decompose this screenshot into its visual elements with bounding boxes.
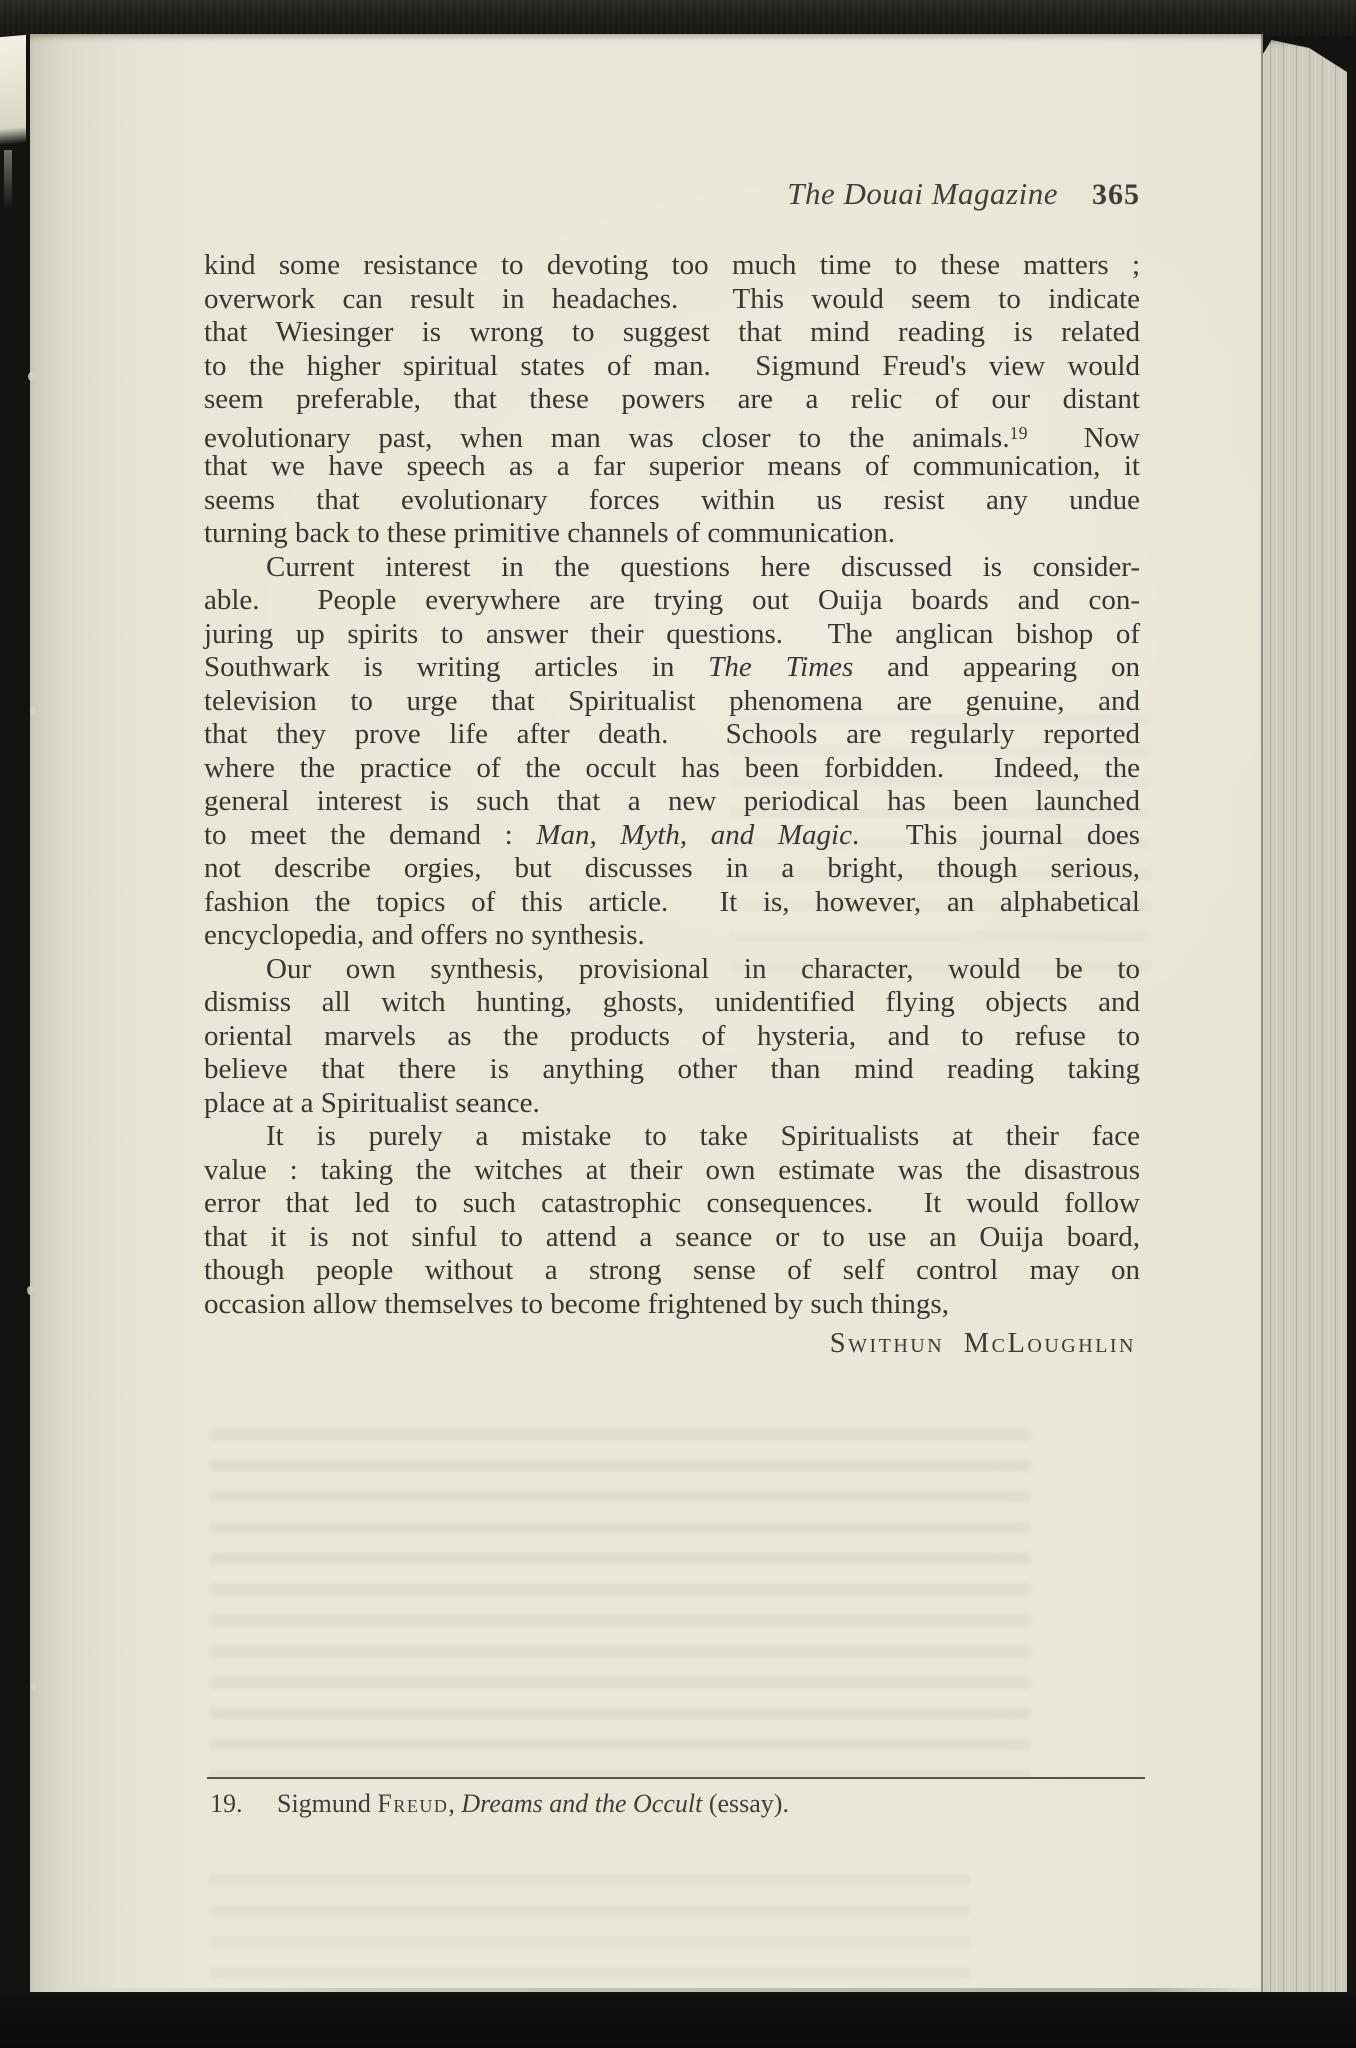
text-segment: . This journal does <box>852 819 1140 851</box>
text-line: fashion the topics of this article. It i… <box>204 886 1140 920</box>
text-segment: believe that there is anything other tha… <box>204 1053 1140 1085</box>
text-line: to meet the demand : Man, Myth, and Magi… <box>204 819 1140 853</box>
reverse-side-show-through <box>210 1874 970 1994</box>
text-segment: television to urge that Spiritualist phe… <box>204 685 1140 717</box>
footnote-number: 19. <box>210 1789 277 1819</box>
author-signature: Swithun McLoughlin <box>204 1328 1136 1360</box>
running-header: The Douai Magazine365 <box>204 176 1140 212</box>
left-page-edge-sliver <box>0 35 26 145</box>
text-line: occasion allow themselves to become frig… <box>204 1288 1140 1322</box>
text-line: value : taking the witches at their own … <box>204 1154 1140 1188</box>
binding-speck <box>31 1682 37 1691</box>
text-line: general interest is such that a new peri… <box>204 785 1140 819</box>
binding-speck <box>30 706 36 715</box>
text-line: error that led to such catastrophic cons… <box>204 1187 1140 1221</box>
text-segment: Sigmund <box>277 1789 377 1818</box>
text-line: Current interest in the questions here d… <box>204 551 1140 585</box>
text-segment: not describe orgies, but discusses in a … <box>204 852 1140 884</box>
text-line: kind some resistance to devoting too muc… <box>204 249 1140 283</box>
binding-speck <box>27 1286 33 1295</box>
text-segment: value : taking the witches at their own … <box>204 1154 1140 1186</box>
text-line: turning back to these primitive channels… <box>204 517 1140 551</box>
text-segment: place at a Spiritualist seance. <box>204 1087 540 1119</box>
page-stack-edge-lines <box>1263 38 1347 1998</box>
text-segment: (essay). <box>702 1789 789 1818</box>
text-line: dismiss all witch hunting, ghosts, unide… <box>204 986 1140 1020</box>
text-segment: overwork can result in headaches. This w… <box>204 283 1140 315</box>
text-segment: Man, Myth, and Magic <box>536 819 852 851</box>
text-segment: to the higher spiritual states of man. S… <box>204 350 1140 382</box>
text-line: that we have speech as a far superior me… <box>204 450 1140 484</box>
text-segment: dismiss all witch hunting, ghosts, unide… <box>204 986 1140 1018</box>
reverse-side-show-through <box>210 1429 1030 1779</box>
text-segment: Our own synthesis, provisional in charac… <box>266 953 1140 985</box>
left-page-edge-sliver <box>4 150 12 210</box>
text-line: evolutionary past, when man was closer t… <box>204 417 1140 451</box>
text-segment: where the practice of the occult has bee… <box>204 752 1140 784</box>
text-segment: error that led to such catastrophic cons… <box>204 1187 1140 1219</box>
text-line: place at a Spiritualist seance. <box>204 1087 1140 1121</box>
text-line: juring up spirits to answer their questi… <box>204 618 1140 652</box>
text-segment: and appearing on <box>853 651 1140 683</box>
text-segment: that we have speech as a far superior me… <box>204 450 1140 482</box>
text-line: television to urge that Spiritualist phe… <box>204 685 1140 719</box>
text-segment: that Wiesinger is wrong to suggest that … <box>204 316 1140 348</box>
page-number: 365 <box>1092 178 1140 211</box>
text-line: though people without a strong sense of … <box>204 1254 1140 1288</box>
text-segment: though people without a strong sense of … <box>204 1254 1140 1286</box>
text-line: seem preferable, that these powers are a… <box>204 383 1140 417</box>
text-segment: that it is not sinful to attend a seance… <box>204 1221 1140 1253</box>
footnote-text: Sigmund Freud, Dreams and the Occult (es… <box>277 1789 789 1818</box>
text-segment: able. People everywhere are trying out O… <box>204 584 1140 616</box>
text-line: overwork can result in headaches. This w… <box>204 283 1140 317</box>
text-segment: Dreams and the Occult <box>461 1789 702 1818</box>
text-line: Our own synthesis, provisional in charac… <box>204 953 1140 987</box>
text-segment: general interest is such that a new peri… <box>204 785 1140 817</box>
text-segment: occasion allow themselves to become frig… <box>204 1288 949 1320</box>
binding-speck <box>28 372 34 381</box>
text-line: where the practice of the occult has bee… <box>204 752 1140 786</box>
text-segment: seems that evolutionary forces within us… <box>204 484 1140 516</box>
text-line: believe that there is anything other tha… <box>204 1053 1140 1087</box>
footnote-divider <box>207 1777 1145 1779</box>
text-line: not describe orgies, but discusses in a … <box>204 852 1140 886</box>
journal-title: The Douai Magazine <box>787 176 1058 211</box>
text-line: that they prove life after death. School… <box>204 718 1140 752</box>
text-segment: Southwark is writing articles in <box>204 651 708 683</box>
footnote: 19.Sigmund Freud, Dreams and the Occult … <box>210 1789 1146 1819</box>
text-segment: turning back to these primitive channels… <box>204 517 895 549</box>
cover-texture <box>0 0 1356 36</box>
text-line: that it is not sinful to attend a seance… <box>204 1221 1140 1255</box>
text-segment: seem preferable, that these powers are a… <box>204 383 1140 415</box>
text-segment: 19 <box>1010 423 1028 443</box>
text-segment: kind some resistance to devoting too muc… <box>204 249 1140 281</box>
text-segment: It is purely a mistake to take Spiritual… <box>266 1120 1140 1152</box>
text-segment: Current interest in the questions here d… <box>266 551 1140 583</box>
text-line: able. People everywhere are trying out O… <box>204 584 1140 618</box>
text-segment: evolutionary past, when man was closer t… <box>204 421 1010 453</box>
text-segment: fashion the topics of this article. It i… <box>204 886 1140 918</box>
text-segment: Now <box>1028 421 1140 453</box>
text-segment: encyclopedia, and offers no synthesis. <box>204 919 645 951</box>
article-body: kind some resistance to devoting too muc… <box>204 249 1140 1321</box>
text-line: It is purely a mistake to take Spiritual… <box>204 1120 1140 1154</box>
text-line: that Wiesinger is wrong to suggest that … <box>204 316 1140 350</box>
text-segment: to meet the demand : <box>204 819 536 851</box>
book-cover-bottom <box>0 1992 1356 2048</box>
text-line: Southwark is writing articles in The Tim… <box>204 651 1140 685</box>
text-segment: oriental marvels as the products of hyst… <box>204 1020 1140 1052</box>
text-segment: juring up spirits to answer their questi… <box>204 618 1140 650</box>
text-segment: The Times <box>708 651 853 683</box>
text-line: encyclopedia, and offers no synthesis. <box>204 919 1140 953</box>
text-line: oriental marvels as the products of hyst… <box>204 1020 1140 1054</box>
text-segment: that they prove life after death. School… <box>204 718 1140 750</box>
text-line: seems that evolutionary forces within us… <box>204 484 1140 518</box>
text-segment: Freud <box>377 1789 448 1818</box>
text-line: to the higher spiritual states of man. S… <box>204 350 1140 384</box>
text-segment: , <box>448 1789 461 1818</box>
